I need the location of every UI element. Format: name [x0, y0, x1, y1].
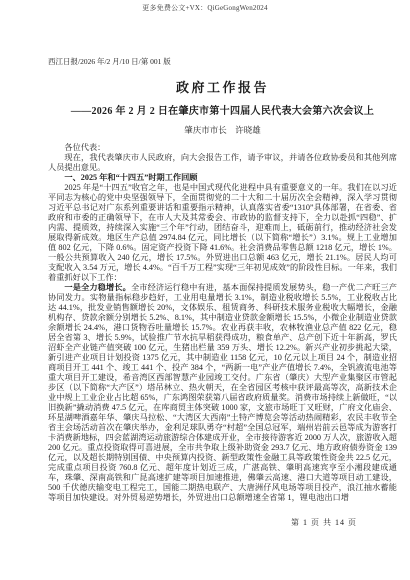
page-title: 政府工作报告 [48, 80, 397, 96]
masthead: 西江日报/2026 年/2 月/10 日/第 001 版 [48, 0, 397, 66]
document-body: 各位代表： 现在，我代表肇庆市人民政府，向大会报告工作，请予审议，并请各位政协委… [48, 143, 397, 503]
body-paragraph: 2025 年是“十四五”收官之年，也是中国式现代化进程中具有重要意义的一年。我们… [48, 183, 397, 283]
paragraph-lead: 一是全力稳增长。 [64, 283, 131, 292]
body-paragraph: 现在，我代表肇庆市人民政府，向大会报告工作，请予审议，并请各位政协委员和其他列席… [48, 153, 397, 173]
body-paragraph: 一是全力稳增长。全市经济运行稳中有进，基本面保持提质发展势头，稳一产优二产旺三产… [48, 283, 397, 503]
document-page: 更多免费公文+VX：QiGeGongWen2024 西江日报/2026 年/2 … [0, 0, 410, 580]
document-content: 西江日报/2026 年/2 月/10 日/第 001 版 政府工作报告 ——20… [48, 0, 397, 503]
byline: 肇庆市市长 许晓雄 [48, 125, 397, 136]
paragraph-text: 全市经济运行稳中有进，基本面保持提质发展势头，稳一产优二产旺三产协同发力。实物量… [48, 283, 397, 502]
page-number: 第 1 页 共 14 页 [291, 517, 357, 528]
section-heading: 一、2025 年和“十四五”时期工作回顾 [48, 173, 397, 183]
salutation: 各位代表： [48, 143, 397, 153]
page-subtitle: ——2026 年 2 月 2 日在肇庆市第十四届人民代表大会第六次会议上 [48, 105, 397, 118]
